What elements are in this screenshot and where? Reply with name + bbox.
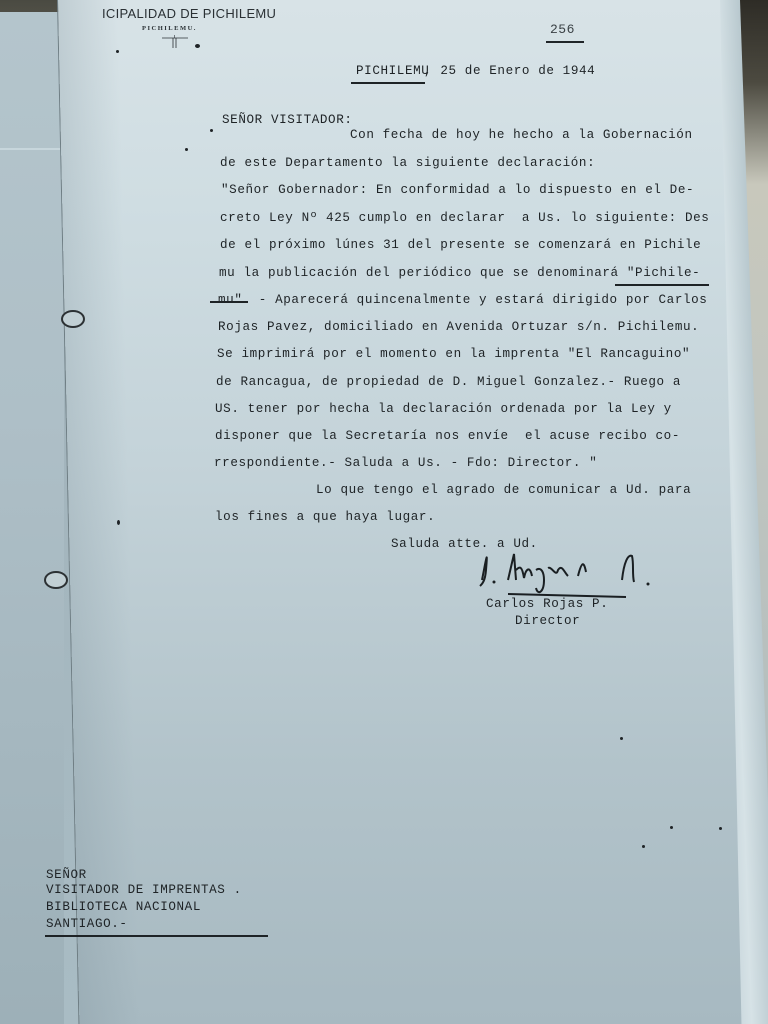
handwritten-signature-icon [472,540,662,600]
body-line: rrespondiente.- Saluda a Us. - Fdo: Dire… [214,456,597,470]
punch-hole-icon [44,571,68,589]
ink-speck [642,845,645,848]
body-line: de el próximo lúnes 31 del presente se c… [220,238,701,252]
ink-speck [116,50,119,53]
body-line: los fines a que haya lugar. [215,510,435,524]
signatory-title: Director [515,614,580,628]
page-number: 256 [550,22,575,37]
body-line: Con fecha de hoy he hecho a la Gobernaci… [350,128,693,142]
addressee-line: SANTIAGO.- [46,917,128,931]
body-line: mu". - Aparecerá quincenalmente y estará… [218,293,707,307]
ink-speck [195,44,200,48]
body-line: de Rancagua, de propiedad de D. Miguel G… [216,375,681,389]
body-line: Lo que tengo el agrado de comunicar a Ud… [316,483,691,497]
ink-speck [670,826,673,829]
dateline-date: , 25 de Enero de 1944 [424,64,595,78]
photographed-document-scene: ICIPALIDAD DE PICHILEMU PICHILEMU. 256 P… [0,0,768,1024]
letterhead-organization: ICIPALIDAD DE PICHILEMU [102,6,276,21]
periodical-name-underline [210,301,248,303]
ink-speck [117,520,120,525]
ink-speck [185,148,188,151]
ink-speck [719,827,722,830]
body-line: mu la publicación del periódico que se d… [219,266,700,280]
addressee-underline [45,935,268,937]
addressee-line: BIBLIOTECA NACIONAL [46,900,201,914]
body-line: Se imprimirá por el momento en la impren… [217,347,690,361]
salutation: SEÑOR VISITADOR: [222,113,353,127]
body-line: Rojas Pavez, domiciliado en Avenida Ortu… [218,320,699,334]
letterhead-emblem-icon [160,34,190,50]
body-line: US. tener por hecha la declaración orden… [215,402,672,416]
punch-hole-icon [61,310,85,328]
page-number-underline [546,41,584,43]
body-line: "Señor Gobernador: En conformidad a lo d… [221,183,694,197]
body-line: disponer que la Secretaría nos envíe el … [215,429,680,443]
addressee-line: VISITADOR DE IMPRENTAS . [46,883,242,897]
addressee-line: SEÑOR [46,868,87,882]
dateline-place-underline [351,82,425,84]
ink-speck [620,737,623,740]
dateline-place: PICHILEMU [356,64,429,78]
ink-speck [210,129,213,132]
signatory-name: Carlos Rojas P. [486,597,608,611]
body-line: creto Ley Nº 425 cumplo en declarar a Us… [220,211,709,225]
body-line: de este Departamento la siguiente declar… [220,156,595,170]
letterhead-city-stamp: PICHILEMU. [142,25,197,32]
periodical-name-underline [615,284,709,286]
underlying-sheet-edge [0,148,60,150]
